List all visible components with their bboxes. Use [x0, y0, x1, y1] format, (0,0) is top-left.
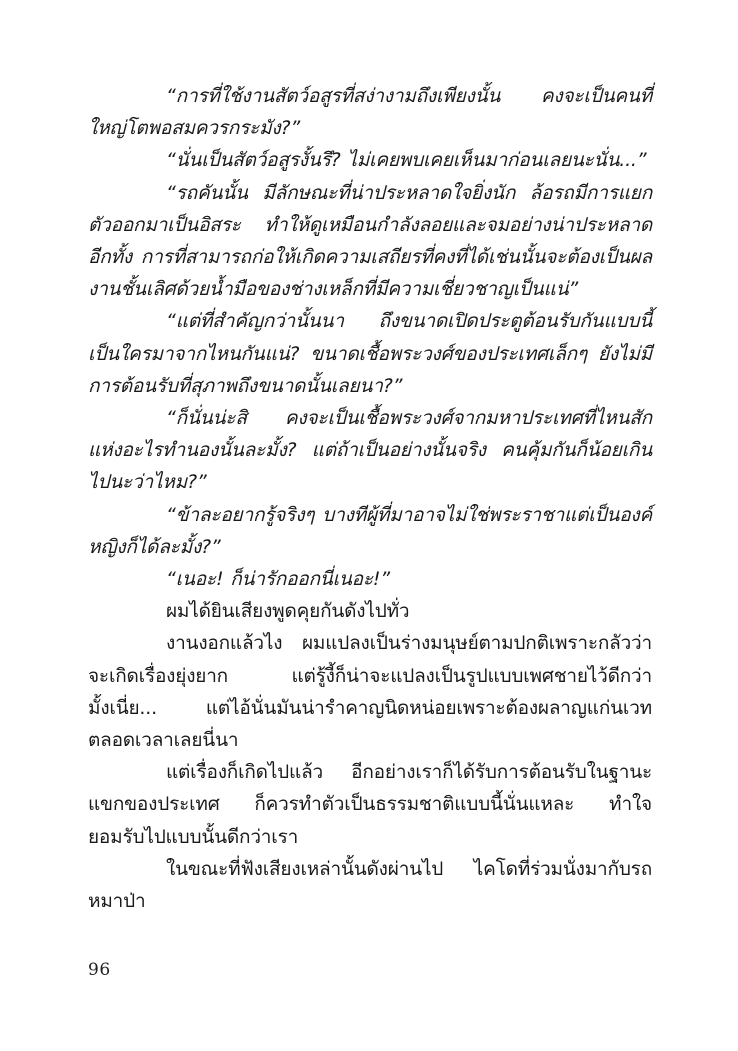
paragraph-narration-3: แต่เรื่องก็เกิดไปแล้ว อีกอย่างเราก็ได้รั…	[88, 756, 652, 853]
paragraph-narration-2: งานงอกแล้วไง ผมแปลงเป็นร่างมนุษย์ตามปกติ…	[88, 627, 652, 756]
paragraph-narration-1: ผมได้ยินเสียงพูดคุยกันดังไปทั่ว	[88, 595, 652, 627]
paragraph-dialogue-6: “ข้าละอยากรู้จริงๆ บางทีผู้ที่มาอาจไม่ใช…	[88, 499, 652, 563]
paragraph-dialogue-3: “รถคันนั้น มีลักษณะที่น่าประหลาดใจยิ่งนั…	[88, 177, 652, 306]
paragraph-dialogue-2: “นั่นเป็นสัตว์อสูรงั้นรึ? ไม่เคยพบเคยเห็…	[88, 144, 652, 176]
paragraph-dialogue-7: “เนอะ! ก็น่ารักออกนี่เนอะ!”	[88, 563, 652, 595]
paragraph-dialogue-5: “ก็นั่นน่ะสิ คงจะเป็นเชื้อพระวงศ์จากมหาป…	[88, 402, 652, 499]
paragraph-dialogue-1: “การที่ใช้งานสัตว์อสูรที่สง่างามถึงเพียง…	[88, 80, 652, 144]
page-number: 96	[88, 960, 111, 980]
paragraph-dialogue-4: “แต่ที่สำคัญกว่านั้นนา ถึงขนาดเปิดประตูต…	[88, 305, 652, 402]
paragraph-narration-4: ในขณะที่ฟังเสียงเหล่านั้นดังผ่านไป ไคโดท…	[88, 853, 652, 917]
book-page-body: “การที่ใช้งานสัตว์อสูรที่สง่างามถึงเพียง…	[88, 80, 652, 917]
